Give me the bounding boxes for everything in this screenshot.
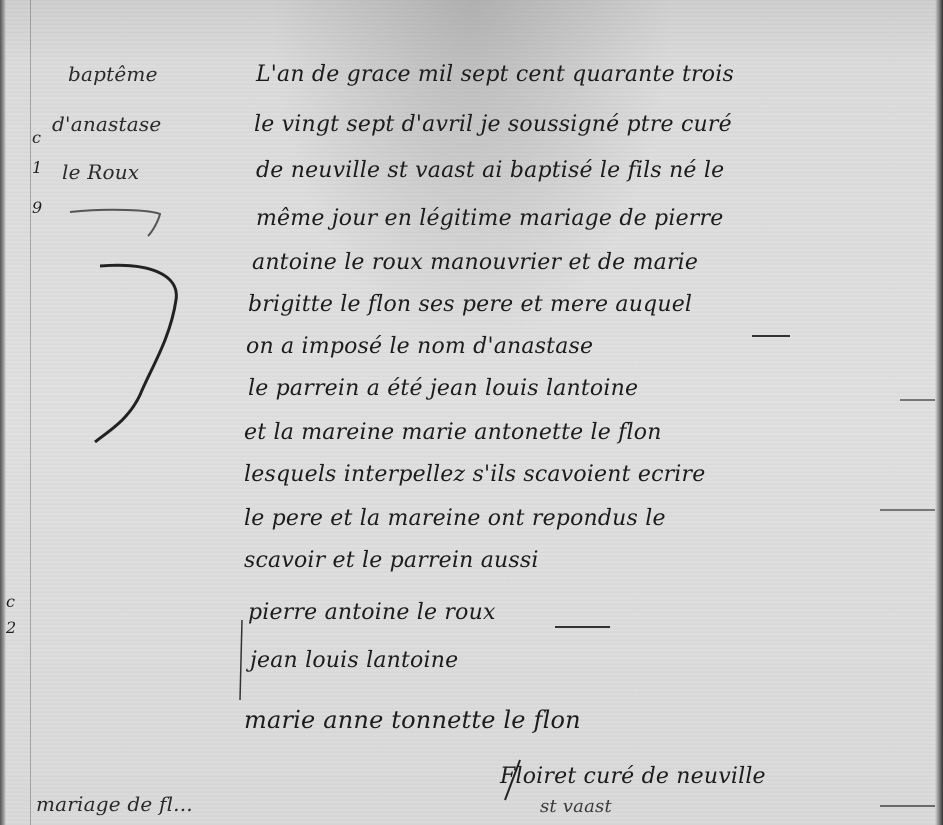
body-line: le vingt sept d'avril je soussigné ptre … xyxy=(254,112,732,137)
body-line: brigitte le flon ses pere et mere auquel xyxy=(248,292,692,317)
signature-godmother: marie anne tonnette le flon xyxy=(244,706,581,734)
signature-priest-parish: st vaast xyxy=(540,796,612,817)
margin-rule xyxy=(30,0,31,825)
margin-mark: 1 xyxy=(32,158,42,177)
body-line: on a imposé le nom d'anastase xyxy=(246,334,593,359)
signature-father: pierre antoine le roux xyxy=(248,600,496,625)
body-line: scavoir et le parrein aussi xyxy=(244,548,539,573)
manuscript-page: c 1 9 c 2 baptême d'anastase le Roux L'a… xyxy=(0,0,943,825)
margin-mark: c xyxy=(32,128,41,147)
page-left-edge xyxy=(0,0,6,825)
margin-mark: 2 xyxy=(6,618,16,637)
margin-heading-line: d'anastase xyxy=(52,112,161,136)
margin-mark: 9 xyxy=(32,198,42,217)
signature-godfather: jean louis lantoine xyxy=(250,648,458,673)
body-line: de neuville st vaast ai baptisé le fils … xyxy=(256,158,724,183)
margin-mark: c xyxy=(6,592,15,611)
body-line: lesquels interpellez s'ils scavoient ecr… xyxy=(244,462,705,487)
body-line: le pere et la mareine ont repondus le xyxy=(244,506,666,531)
body-line: antoine le roux manouvrier et de marie xyxy=(252,250,698,275)
margin-heading-line: baptême xyxy=(68,62,158,86)
body-line: le parrein a été jean louis lantoine xyxy=(248,376,638,401)
body-line: et la mareine marie antonette le flon xyxy=(244,420,662,445)
body-line: L'an de grace mil sept cent quarante tro… xyxy=(256,62,734,87)
margin-heading-line: le Roux xyxy=(62,160,139,184)
body-line: même jour en légitime mariage de pierre xyxy=(256,206,723,231)
next-entry-heading: mariage de fl... xyxy=(36,792,193,816)
signature-priest: Floiret curé de neuville xyxy=(500,764,766,789)
page-right-edge xyxy=(935,0,943,825)
